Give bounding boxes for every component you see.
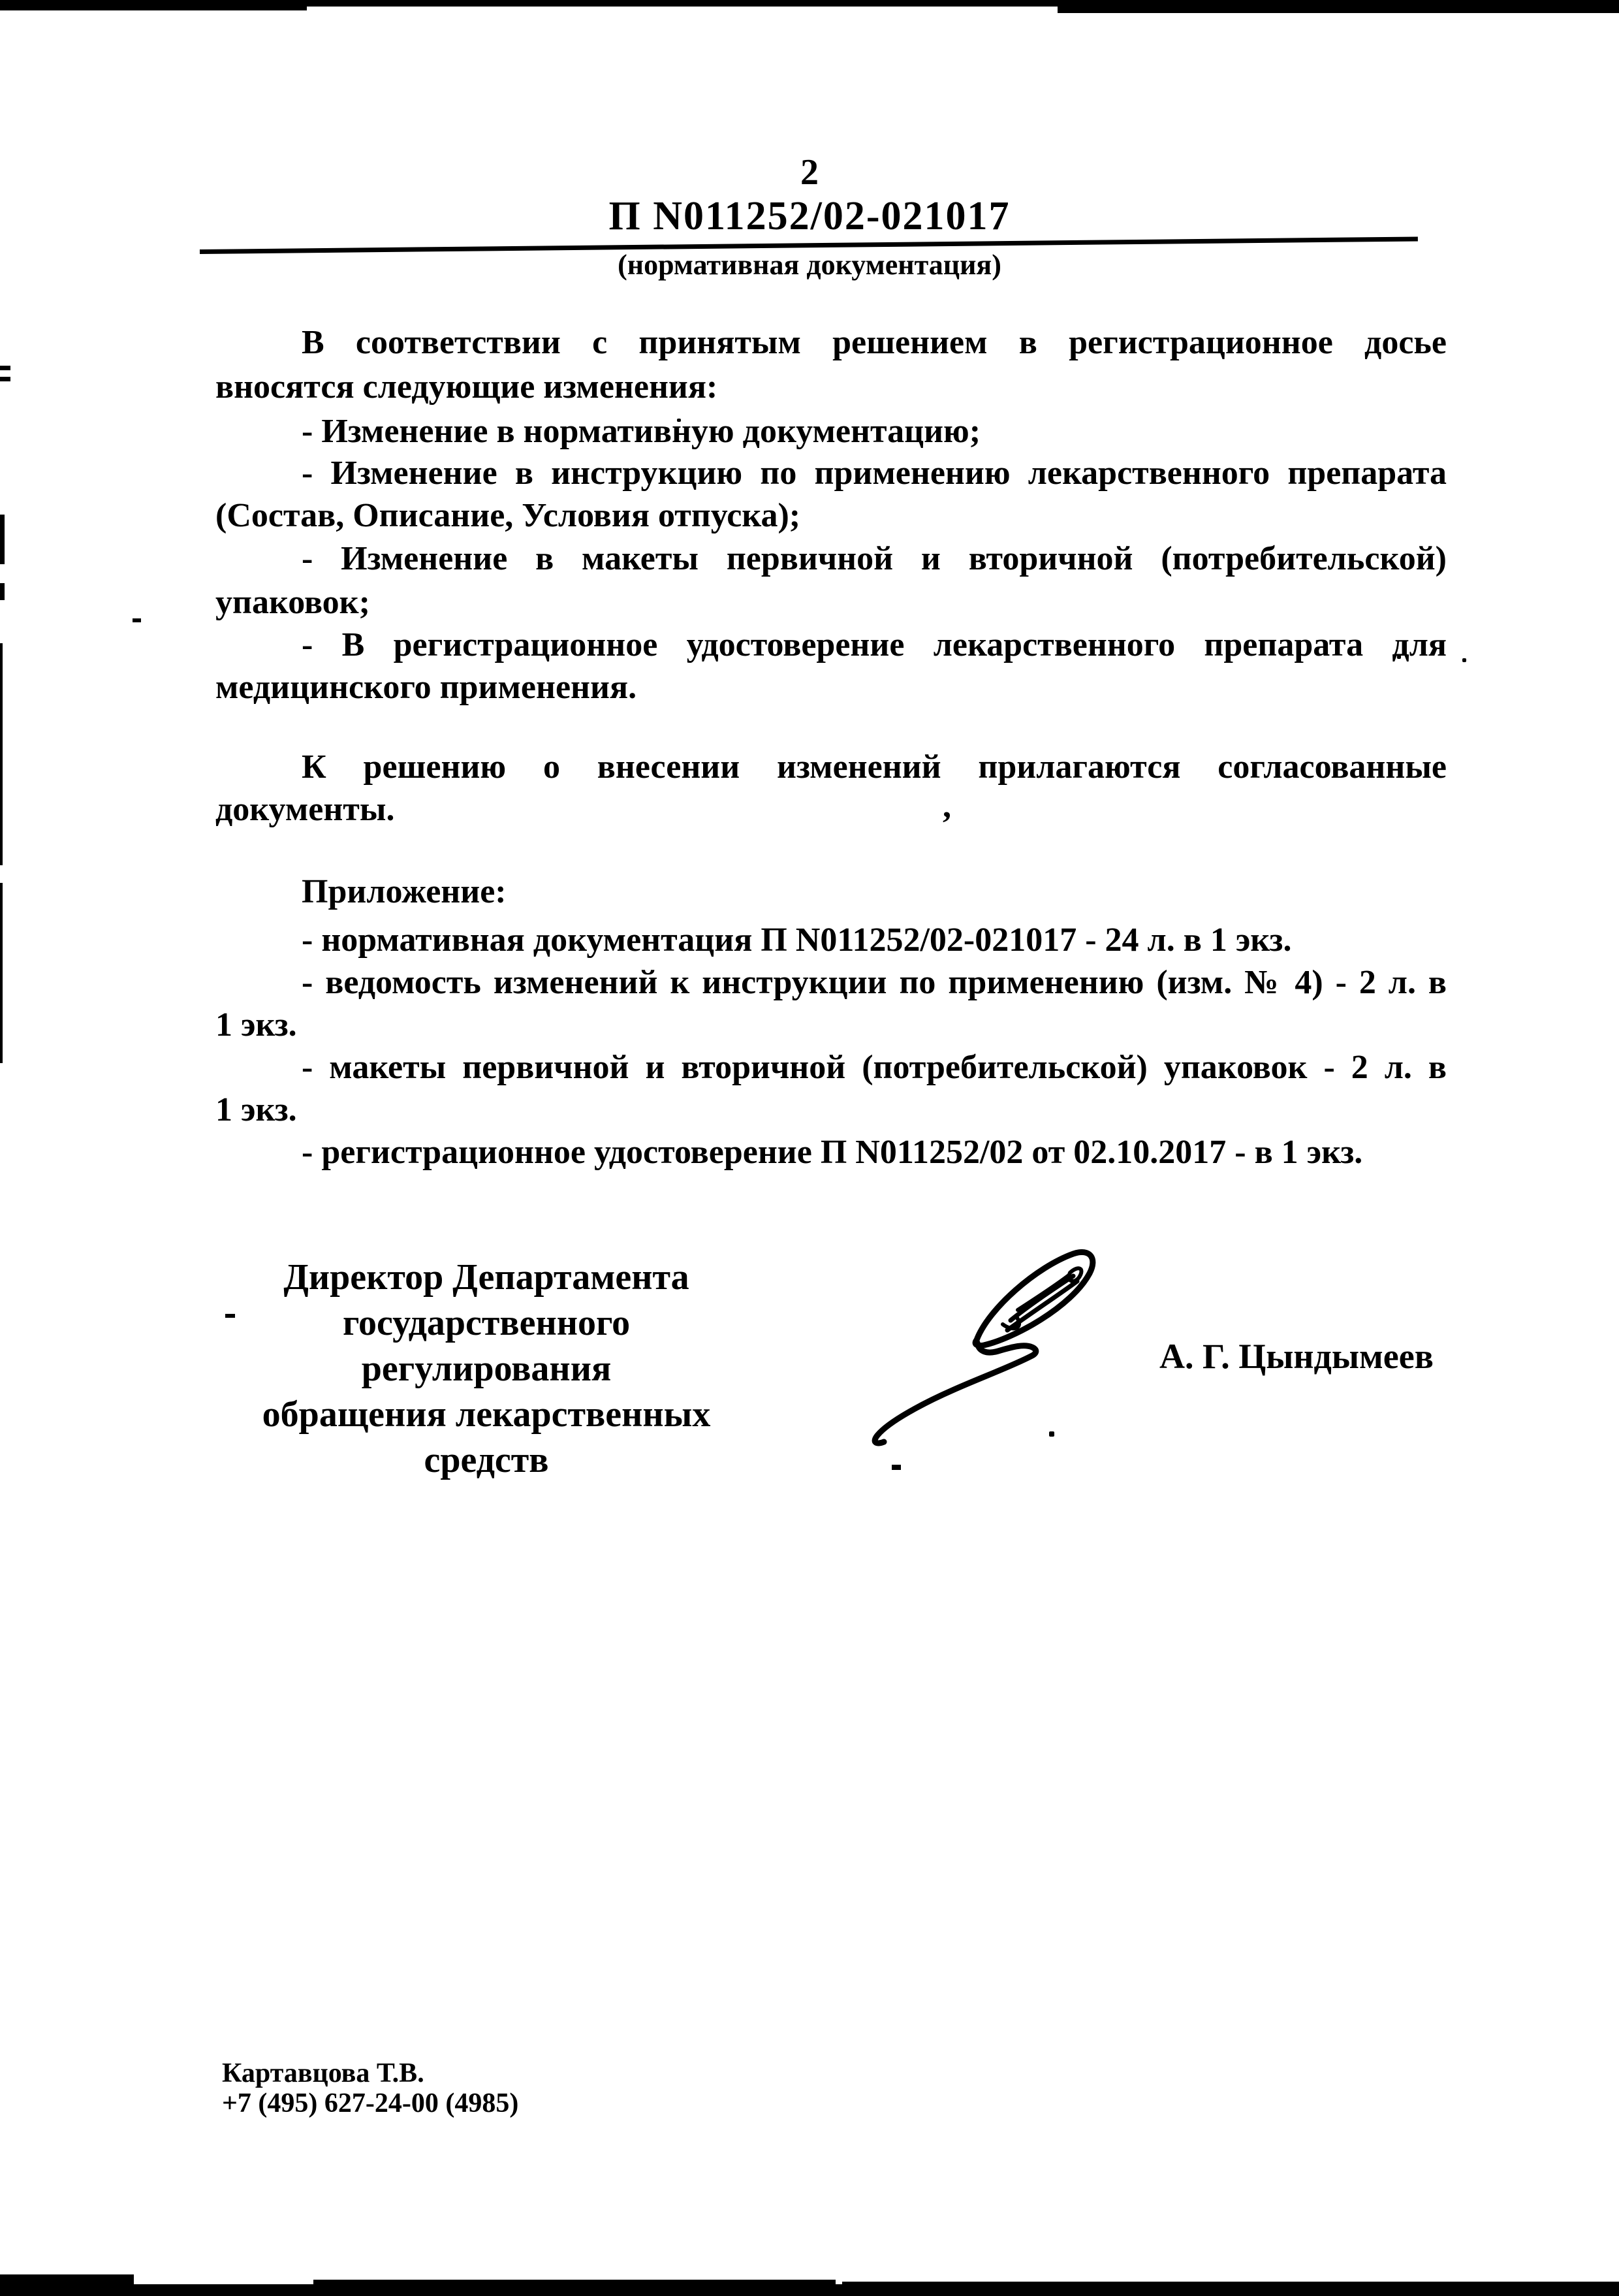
signatory-title-line: обращения лекарственных средств xyxy=(215,1392,757,1483)
scanned-document-page: 2 П N011252/02-021017 (нормативная докум… xyxy=(0,0,1619,2296)
contact-name: Картавцова Т.В. xyxy=(222,2058,518,2088)
signatory-name: А. Г. Цындымеев xyxy=(1159,1336,1434,1377)
body-line: - макеты первичной и вторичной (потребит… xyxy=(215,1048,1447,1087)
body-line: - Изменение в макеты первичной и вторичн… xyxy=(215,539,1447,579)
handwritten-signature xyxy=(849,1241,1175,1698)
body-line: В соответствии с принятым решением в рег… xyxy=(215,323,1447,362)
scan-edge-bottom xyxy=(0,2274,134,2296)
contact-phone: +7 (495) 627-24-00 (4985) xyxy=(222,2088,518,2118)
scan-edge-bottom xyxy=(313,2280,836,2296)
scan-artifact xyxy=(0,883,3,1063)
body-line: - В регистрационное удостоверение лекарс… xyxy=(215,626,1447,665)
signatory-title-line: государственного регулирования xyxy=(215,1300,757,1392)
body-line: - нормативная документация П N011252/02-… xyxy=(215,921,1447,960)
scan-artifact: , xyxy=(943,787,951,825)
body-line: - Изменение в нормативную документацию; xyxy=(215,412,1447,451)
scan-edge-bottom xyxy=(842,2282,1619,2296)
body-line: 1 экз. xyxy=(215,1091,1447,1130)
body-line: - Изменение в инструкцию по применению л… xyxy=(215,454,1447,493)
body-line: Приложение: xyxy=(215,872,1447,912)
document-subtitle: (нормативная документация) xyxy=(0,248,1619,281)
body-line: - регистрационное удостоверение П N01125… xyxy=(215,1133,1447,1172)
scan-artifact xyxy=(0,643,3,865)
scan-artifact xyxy=(133,618,141,622)
body-line: - ведомость изменений к инструкции по пр… xyxy=(215,963,1447,1002)
body-line: (Состав, Описание, Условия отпуска); xyxy=(215,496,1447,535)
body-line: 1 экз. xyxy=(215,1006,1447,1045)
scan-artifact xyxy=(0,583,5,600)
footer-contact: Картавцова Т.В. +7 (495) 627-24-00 (4985… xyxy=(222,2058,518,2118)
scan-edge-top xyxy=(0,0,307,10)
signatory-title: Директор Департамента государственного р… xyxy=(215,1254,757,1483)
page-number: 2 xyxy=(0,151,1619,193)
scan-artifact xyxy=(0,515,5,564)
scan-artifact xyxy=(0,366,10,370)
body-line: медицинского применения. xyxy=(215,668,1447,707)
scan-artifact xyxy=(0,377,10,381)
body-line: документы. xyxy=(215,790,1447,829)
body-line: вносятся следующие изменения: xyxy=(215,368,1447,407)
body-line: упаковок; xyxy=(215,583,1447,622)
signatory-title-line: Директор Департамента xyxy=(215,1254,757,1300)
scan-edge-top xyxy=(1058,0,1619,13)
document-number: П N011252/02-021017 xyxy=(0,193,1619,240)
scan-artifact xyxy=(1462,658,1466,662)
body-line: К решению о внесении изменений прилагают… xyxy=(215,748,1447,787)
